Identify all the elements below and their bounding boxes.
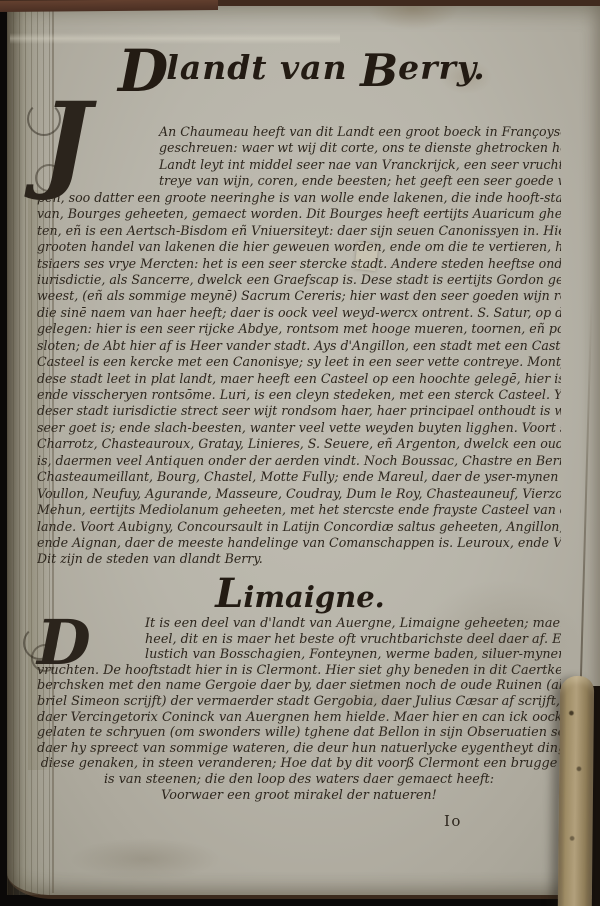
- text-line: diese genaken, in steen veranderen; Hoe …: [37, 756, 561, 772]
- text-line: daer hy spreect van sommige wateren, die…: [37, 741, 561, 757]
- text-line: lande. Voort Aubigny, Concoursault in La…: [37, 519, 561, 535]
- page-title: Dlandt van Berry.: [118, 42, 482, 100]
- text-line: die sinē naem van haer heeft; daer is oo…: [37, 305, 561, 321]
- text-line: dese stadt leet in plat landt, maer heef…: [37, 371, 561, 387]
- text-line: daer Vercingetorix Coninck van Auergnen …: [37, 710, 561, 726]
- text-line: gelaten te schryuen (om swonders wille) …: [37, 725, 561, 741]
- text-line: sloten; de Abt hier af is Heer vander st…: [37, 338, 561, 354]
- text-line: Dit zijn de steden van dlandt Berry.: [37, 551, 561, 567]
- text-line: ten, eñ is een Aertsch-Bisdom eñ Vniuers…: [37, 223, 561, 239]
- text-line: Chasteaumeillant, Bourg, Chastel, Motte …: [37, 469, 561, 485]
- text-line: is van steenen; die den loop des waters …: [37, 772, 561, 788]
- text-line: pen, soo datter een groote neeringhe is …: [37, 190, 561, 206]
- text-line: heel, dit en is maer het beste oft vruch…: [37, 632, 561, 648]
- text-line: treye van wijn, coren, ende beesten; het…: [37, 173, 561, 189]
- text-line: Landt leyt int middel seer nae van Vranc…: [37, 157, 561, 173]
- section-heading-limaigne: Limaigne.: [150, 570, 450, 617]
- title-ornate-initial: D: [118, 37, 166, 105]
- text-line: van, Bourges geheeten, gemaect worden. D…: [37, 206, 561, 222]
- text-line: geschreuen: waer wt wij dit corte, ons t…: [37, 140, 561, 156]
- wooden-stick: [558, 676, 594, 906]
- text-line: tsiaers ses vrye Mercten: het is een see…: [37, 256, 561, 272]
- drop-cap-initial: D: [37, 612, 91, 674]
- paragraph-limaigne: D It is een deel van d'landt van Auergne…: [37, 616, 561, 803]
- text-line: grooten handel van lakenen die hier gewe…: [37, 239, 561, 255]
- text-line: weest, (eñ als sommige meynē) Sacrum Cer…: [37, 288, 561, 304]
- text-line: vruchten. De hooftstadt hier in is Clerm…: [37, 663, 561, 679]
- book-photo: Dlandt van Berry. J An Chaumeau heeft va…: [0, 0, 600, 906]
- text-line: berchsken met den name Gergoie daer by, …: [37, 678, 561, 694]
- text-line: It is een deel van d'landt van Auergne, …: [37, 616, 561, 632]
- title-text: landt van: [166, 48, 360, 87]
- paragraph-berry: J An Chaumeau heeft van dit Landt een gr…: [37, 124, 561, 568]
- text-line: briel Simeon scrijft) der vermaerder sta…: [37, 694, 561, 710]
- text-line: Charrotz, Chasteauroux, Gratay, Linieres…: [37, 436, 561, 452]
- title-ornate-initial-b: B: [360, 44, 398, 97]
- text-line: Voullon, Neufuy, Agurande, Masseure, Cou…: [37, 486, 561, 502]
- text-line: ende Aignan, daer de meeste handelinge v…: [37, 535, 561, 551]
- text-line: deser stadt iurisdictie strect seer wijt…: [37, 403, 561, 419]
- text-line: iurisdictie, als Sancerre, dwelck een Gr…: [37, 272, 561, 288]
- text-line: Voorwaer een groot mirakel der natueren!: [37, 788, 561, 804]
- text-line: An Chaumeau heeft van dit Landt een groo…: [37, 124, 561, 140]
- paper-stain: [70, 838, 220, 880]
- text-line: lustich van Bosschagien, Fonteynen, werm…: [37, 647, 561, 663]
- text-line: gelegen: hier is een seer rijcke Abdye, …: [37, 321, 561, 337]
- text-line: Casteel is een kercke met een Canonisye;…: [37, 354, 561, 370]
- book-cover-edge: [0, 0, 218, 12]
- text-line: is, daermen veel Antiquen onder der aerd…: [37, 453, 561, 469]
- text-line: Mehun, eertijts Mediolanum geheeten, met…: [37, 502, 561, 518]
- drop-cap-initial: J: [41, 88, 91, 194]
- text-line: ende visscheryen rontsōme. Luri, is een …: [37, 387, 561, 403]
- page-number: Io: [444, 812, 462, 830]
- title-text-tail: erry.: [398, 48, 486, 87]
- text-line: seer goet is; ende slach-beesten, wanter…: [37, 420, 561, 436]
